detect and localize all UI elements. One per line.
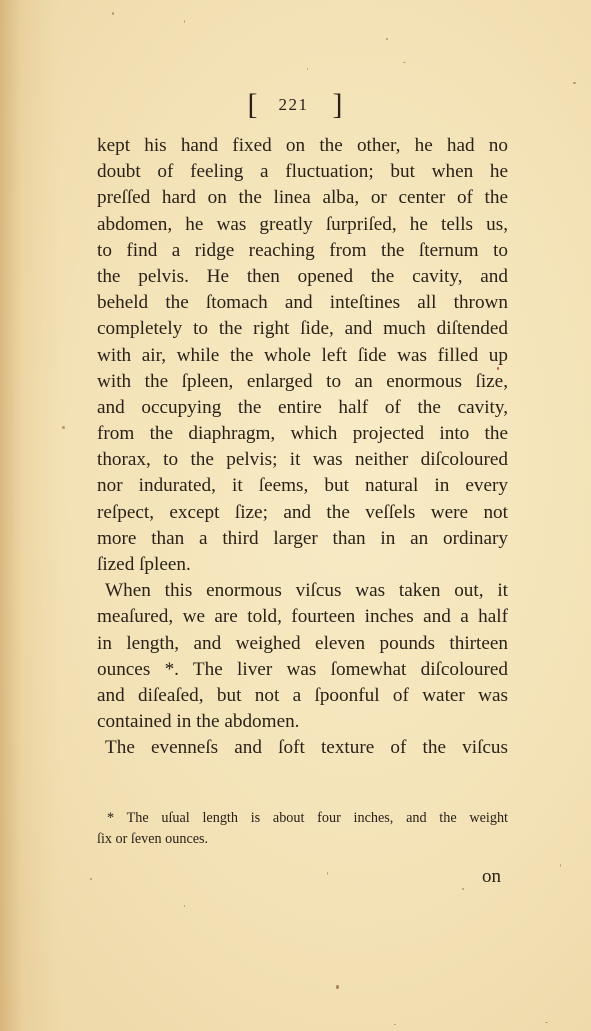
- paper-speck: [336, 985, 339, 989]
- footnote-line: ſix or ſeven ounces.: [97, 829, 508, 850]
- paragraph-3: The evenneſs and ſoft texture of the viſ…: [97, 735, 508, 761]
- header-bracket-close: ]: [333, 88, 344, 121]
- footnote-line: * The uſual length is about four inches,…: [97, 808, 508, 829]
- text-line: and diſeaſed, but not a ſpoonful of wate…: [97, 683, 508, 709]
- page-header: [ 221 ]: [0, 88, 591, 122]
- text-line: meaſured, we are told, fourteen inches a…: [97, 604, 508, 630]
- page-number: 221: [279, 95, 309, 114]
- footnote: * The uſual length is about four inches,…: [97, 808, 508, 850]
- paper-speck: [403, 62, 406, 63]
- text-line: kept his hand fixed on the other, he had…: [97, 133, 508, 159]
- body-text: kept his hand fixed on the other, he had…: [97, 133, 508, 762]
- paper-speck: [573, 82, 576, 84]
- paper-speck: [386, 38, 388, 40]
- text-line: The evenneſs and ſoft texture of the viſ…: [97, 735, 508, 761]
- paper-speck: [62, 426, 65, 429]
- text-line: ounces *. The liver was ſomewhat diſcolo…: [97, 657, 508, 683]
- text-line: ſized ſpleen.: [97, 552, 508, 578]
- paper-speck: [462, 888, 464, 890]
- paragraph-1: kept his hand fixed on the other, he had…: [97, 133, 508, 578]
- paper-speck: [327, 872, 328, 875]
- paper-speck: [184, 905, 185, 907]
- text-line: and occupying the entire half of the cav…: [97, 395, 508, 421]
- text-line: from the diaphragm, which projected into…: [97, 421, 508, 447]
- text-line: abdomen, he was greatly ſurpriſed, he te…: [97, 212, 508, 238]
- text-line: the pelvis. He then opened the cavity, a…: [97, 264, 508, 290]
- text-line: reſpect, except ſize; and the veſſels we…: [97, 500, 508, 526]
- paragraph-2: When this enormous viſcus was taken out,…: [97, 578, 508, 735]
- text-line: preſſed hard on the linea alba, or cente…: [97, 185, 508, 211]
- text-line: completely to the right ſide, and much d…: [97, 316, 508, 342]
- text-line: to find a ridge reaching from the ſternu…: [97, 238, 508, 264]
- text-line: beheld the ſtomach and inteſtines all th…: [97, 290, 508, 316]
- text-line: in length, and weighed eleven pounds thi…: [97, 631, 508, 657]
- text-line: When this enormous viſcus was taken out,…: [97, 578, 508, 604]
- paper-speck: [90, 878, 92, 880]
- text-line: nor indurated, it ſeems, but natural in …: [97, 473, 508, 499]
- paper-speck: [545, 1022, 548, 1023]
- text-line: more than a third larger than in an ordi…: [97, 526, 508, 552]
- catchword: on: [482, 866, 501, 888]
- paper-speck: [184, 20, 185, 23]
- text-line: thorax, to the pelvis; it was neither di…: [97, 447, 508, 473]
- text-line: with air, while the whole left ſide was …: [97, 343, 508, 369]
- paper-speck: [112, 12, 114, 15]
- header-bracket-open: [: [248, 88, 259, 121]
- text-line: doubt of feeling a fluctuation; but when…: [97, 159, 508, 185]
- book-page: [ 221 ] kept his hand fixed on the other…: [0, 0, 591, 1031]
- paper-speck: [560, 864, 561, 867]
- text-line: contained in the abdomen.: [97, 709, 508, 735]
- paper-speck: [394, 1024, 396, 1025]
- text-line: with the ſpleen, enlarged to an enormous…: [97, 369, 508, 395]
- paper-speck: [307, 68, 308, 70]
